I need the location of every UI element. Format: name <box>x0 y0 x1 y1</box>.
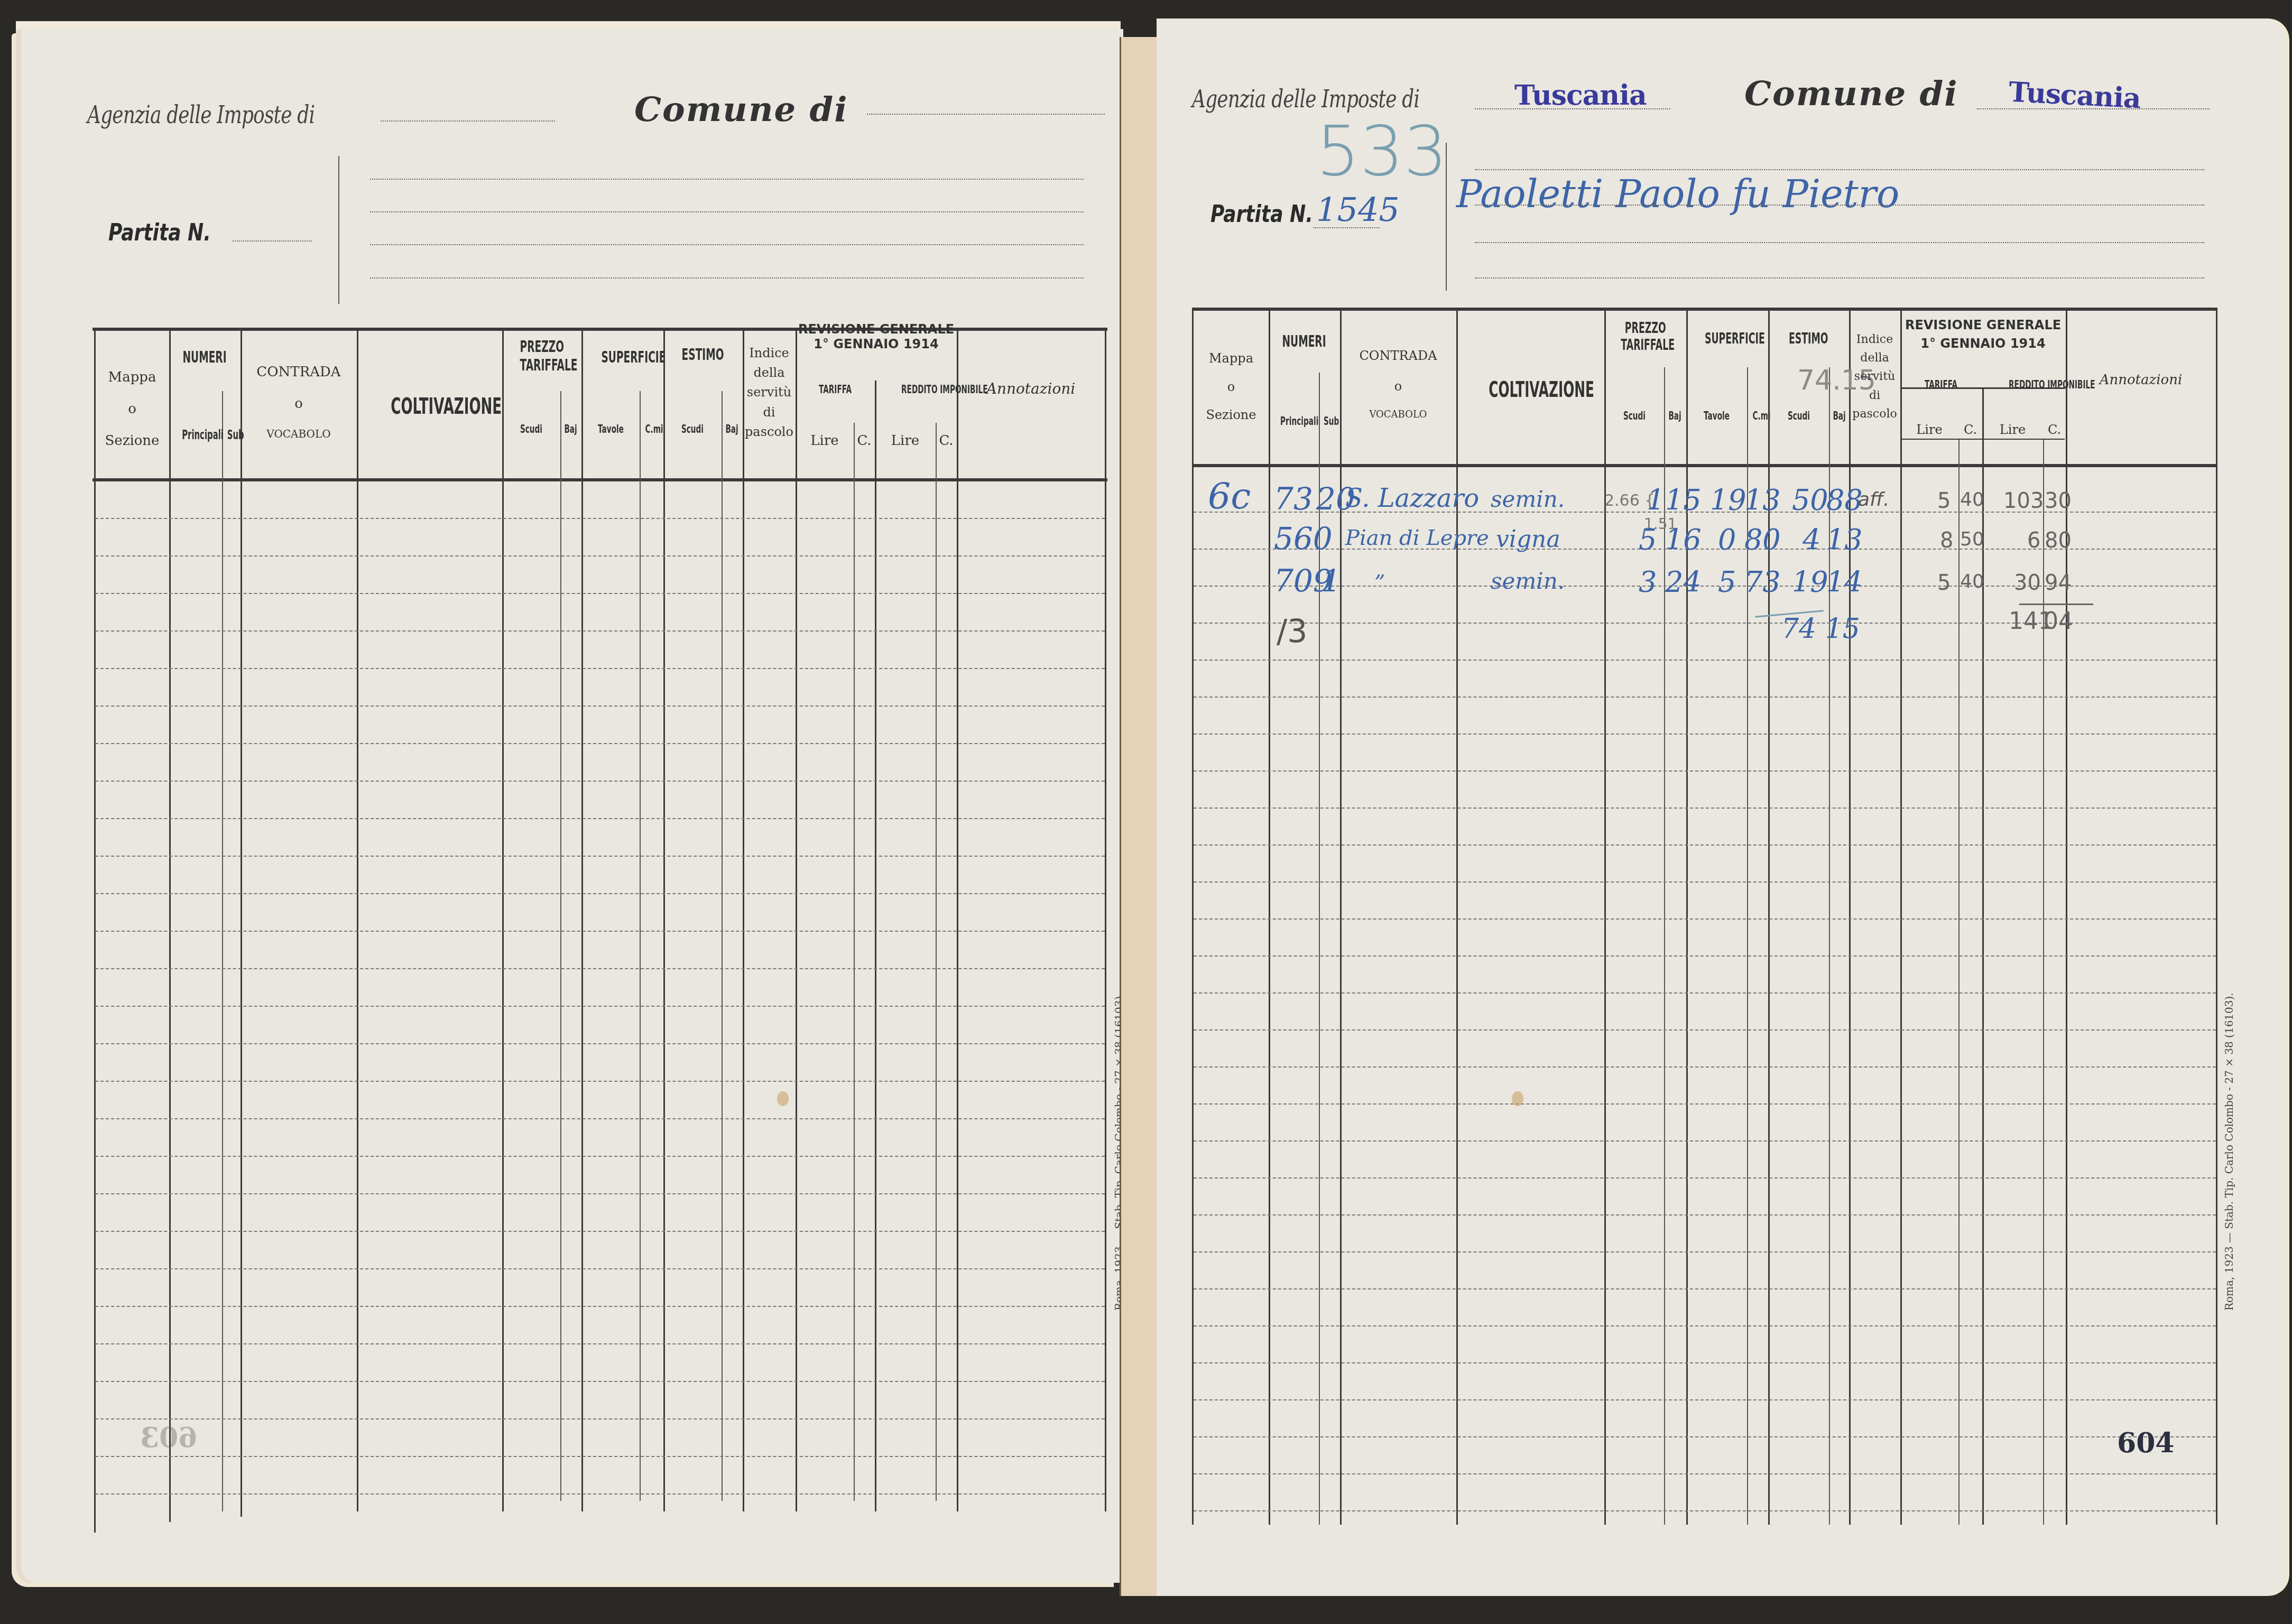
right-owner-line-2 <box>1475 205 2204 206</box>
right-hdr-contrada: CONTRADAoVOCABOLO <box>1340 349 1456 421</box>
row2-tariffa-c: 50 <box>1960 528 1984 550</box>
right-hdr-estimo-scudi: Scudi <box>1768 410 1829 423</box>
right-hdr-cmi: C.mi <box>1747 410 1768 423</box>
table-row-rule <box>95 593 1105 594</box>
right-printer-note: Roma, 1923 — Stab. Tip. Carlo Colombo - … <box>2223 992 2235 1311</box>
left-col-border <box>502 328 504 1511</box>
table-row-rule <box>95 743 1105 744</box>
right-agenzia-stamp: Tuscania <box>1514 79 1647 112</box>
table-row-rule <box>95 1306 1105 1307</box>
row2-reddito-lire: 6 <box>2027 528 2040 553</box>
left-col-border <box>875 381 876 1511</box>
left-hdr-tavole: Tavole <box>581 423 640 436</box>
table-row-rule <box>1194 734 2216 735</box>
left-hdr-estimo-baj: Baj <box>722 423 743 436</box>
right-page-number: 604 <box>2117 1427 2175 1459</box>
row3-sup-cmi: 73 <box>1744 565 1781 599</box>
table-row-rule <box>1194 1510 2216 1511</box>
row3-sub: 1 <box>1321 563 1341 599</box>
left-owner-line-3 <box>370 244 1084 245</box>
right-hdr-indice: Indicedellaservitùdipascolo <box>1849 330 1900 423</box>
right-hdr-coltivazione: COLTIVAZIONE <box>1456 378 1604 402</box>
table-row-rule <box>95 856 1105 857</box>
left-col-border <box>357 328 358 1511</box>
left-col-border <box>936 423 937 1501</box>
right-hdr-baj: Baj <box>1664 410 1686 423</box>
left-col-border <box>1105 328 1106 1511</box>
table-row-rule <box>1194 992 2216 994</box>
right-col-border <box>1900 309 1902 1525</box>
table-row-rule <box>95 1118 1105 1119</box>
left-hdr-numeri: NUMERI <box>169 349 241 367</box>
left-hdr-estimo: ESTIMO <box>663 346 743 365</box>
right-hdr-reddito-c: C. <box>2043 423 2066 438</box>
left-col-border <box>854 423 855 1501</box>
right-hdr-scudi: Scudi <box>1604 410 1664 423</box>
right-comune-field <box>1977 108 2210 109</box>
left-hdr-estimo-scudi: Scudi <box>663 423 722 436</box>
right-table-header-rule <box>1192 464 2217 467</box>
row2-estimo-baj: 13 <box>1826 523 1863 556</box>
row3-contrada: ” <box>1374 571 1385 595</box>
right-hdr-estimo-baj: Baj <box>1829 410 1849 423</box>
paper-stain <box>1512 1091 1523 1106</box>
row1-sup-tavole: 19 <box>1710 484 1746 517</box>
right-hdr-tariffa: TARIFFA <box>1900 378 1982 392</box>
row3-estimo-scudi: 19 <box>1792 565 1828 599</box>
table-row-rule <box>95 968 1105 969</box>
left-col-border <box>796 328 797 1511</box>
right-col-border <box>1269 309 1270 1525</box>
left-col-border <box>722 391 723 1501</box>
left-col-border <box>241 328 242 1517</box>
book-gutter <box>1120 37 1158 1596</box>
left-hdr-tariffa: TARIFFA <box>796 383 875 396</box>
table-row-rule <box>1194 1251 2216 1252</box>
right-hdr-reddito: REDDITO IMPONIBILE <box>1982 378 2066 392</box>
left-comune-label: Comune di <box>634 90 848 129</box>
left-hdr-contrada: CONTRADAoVOCABOLO <box>241 365 357 440</box>
table-row-rule <box>95 1268 1105 1269</box>
left-owner-line-4 <box>370 277 1084 279</box>
row3-reddito-c: 94 <box>2045 571 2072 595</box>
table-row-rule <box>1194 1140 2216 1142</box>
estimo-total: 74 15 <box>1781 613 1860 645</box>
left-col-border <box>640 391 641 1501</box>
row3-coltivazione: semin. <box>1491 568 1565 594</box>
row1-tariffa-lire: 5 <box>1937 489 1951 513</box>
table-row-rule <box>1194 1066 2216 1068</box>
left-hdr-mappa: MappaoSezione <box>95 370 169 449</box>
table-row-rule <box>95 931 1105 932</box>
row2-sup-tavole: 0 <box>1718 523 1736 556</box>
reddito-sum-line <box>2019 604 2093 605</box>
left-col-border <box>94 328 96 1533</box>
reddito-total-c: 04 <box>2044 608 2073 635</box>
row1-prezzo-baj: 15 <box>1665 484 1702 517</box>
table-row-rule <box>95 1418 1105 1419</box>
right-header-divider <box>1446 143 1447 291</box>
row1-reddito-lire: 103 <box>2003 489 2044 513</box>
right-hdr-numeri: NUMERI <box>1269 333 1340 351</box>
row1-reddito-c: 30 <box>2045 489 2072 513</box>
table-row-rule <box>1194 697 2216 698</box>
left-col-border <box>560 391 561 1501</box>
left-col-border <box>743 328 744 1511</box>
left-hdr-cmi: C.mi <box>640 423 663 436</box>
right-hdr-tariffa-lire: Lire <box>1900 423 1958 438</box>
left-owner-line-2 <box>370 211 1084 212</box>
left-partita-label: Partita N. <box>108 219 211 246</box>
row1-principali: 73 <box>1274 481 1313 517</box>
row1-estimo-scudi: 50 <box>1792 484 1828 517</box>
table-row-rule <box>95 555 1105 556</box>
right-agenzia-label: Agenzia delle Imposte di <box>1192 85 1419 113</box>
left-hdr-tariffa-lire: Lire <box>796 433 854 449</box>
right-hdr-sub: Sub <box>1319 415 1340 428</box>
right-owner-line-1 <box>1475 169 2204 170</box>
right-hdr-revisione: REVISIONE GENERALE1° GENNAIO 1914 <box>1900 316 2066 353</box>
table-row-rule <box>95 1381 1105 1382</box>
table-row-rule <box>95 1231 1105 1232</box>
table-row-rule <box>1194 955 2216 957</box>
right-hdr-reddito-lire: Lire <box>1982 423 2043 438</box>
table-row-rule <box>95 518 1105 519</box>
left-hdr-annotazioni: Annotazioni <box>957 381 1105 397</box>
table-row-rule <box>1194 918 2216 920</box>
right-col-border <box>2216 309 2217 1525</box>
table-row-rule <box>95 818 1105 819</box>
row1-coltivazione: semin. <box>1491 486 1565 512</box>
table-row-rule <box>1194 1177 2216 1178</box>
right-hdr-annotazioni: Annotazioni <box>2066 373 2216 388</box>
right-partita-field <box>1314 227 1380 228</box>
row1-tariffa-c: 40 <box>1960 489 1984 511</box>
right-col-border <box>2043 439 2044 1525</box>
left-hdr-prezzo: PREZZOTARIFFALE <box>502 338 581 375</box>
table-row-rule <box>1194 771 2216 772</box>
row3-tariffa-c: 40 <box>1960 571 1984 592</box>
row3-prezzo-baj: 24 <box>1665 565 1702 599</box>
table-row-rule <box>95 1156 1105 1157</box>
left-col-border <box>957 328 958 1511</box>
left-partita-field <box>233 240 312 242</box>
right-col-border <box>1192 309 1194 1525</box>
table-row-rule <box>1194 1214 2216 1215</box>
left-owner-line-1 <box>370 179 1084 180</box>
right-table-top-rule <box>1192 308 2217 311</box>
row3-reddito-lire: 30 <box>2014 571 2041 595</box>
table-row-rule <box>1194 1362 2216 1363</box>
right-comune-label: Comune di <box>1744 74 1958 114</box>
table-row-rule <box>1194 845 2216 846</box>
table-row-rule <box>1194 1325 2216 1326</box>
right-partita-value: 1545 <box>1316 190 1400 229</box>
row2-tariffa-lire: 8 <box>1940 528 1953 553</box>
row2-prezzo-baj: 16 <box>1665 523 1702 556</box>
row3-sup-tavole: 5 <box>1718 565 1736 599</box>
row1-mappa: 6c <box>1208 476 1251 517</box>
table-row-rule <box>95 1081 1105 1082</box>
left-hdr-reddito-c: C. <box>936 433 957 449</box>
left-hdr-coltivazione: COLTIVAZIONE <box>357 394 502 419</box>
right-hdr-estimo: ESTIMO <box>1768 330 1849 347</box>
row3-prezzo-scudi: 3 <box>1639 565 1657 599</box>
left-header-divider <box>338 156 339 304</box>
right-hdr-principali: Principali <box>1269 415 1319 428</box>
row2-contrada: Pian di Lepre <box>1345 526 1489 550</box>
left-page-number-ghost: 603 <box>140 1422 198 1454</box>
left-hdr-reddito-lire: Lire <box>875 433 936 449</box>
row3-estimo-baj: 14 <box>1826 565 1863 599</box>
left-hdr-sub: Sub <box>222 428 241 443</box>
table-row-rule <box>1194 808 2216 809</box>
row2-principali: 560 <box>1274 521 1333 556</box>
parcel-count-mark: /3 <box>1277 613 1307 650</box>
left-table-header-rule <box>93 478 1107 481</box>
table-row-rule <box>95 1193 1105 1194</box>
right-hdr-prezzo: PREZZOTARIFFALE <box>1604 320 1686 354</box>
right-partita-label: Partita N. <box>1210 201 1313 228</box>
table-row-rule <box>95 630 1105 632</box>
row1-indice: aff. <box>1858 489 1889 511</box>
left-hdr-revisione: REVISIONE GENERALE1° GENNAIO 1914 <box>796 322 957 351</box>
table-row-rule <box>95 1493 1105 1495</box>
table-row-rule <box>1194 1436 2216 1437</box>
folio-number-pencil: 533 <box>1316 111 1447 191</box>
row1-contrada: S. Lazzaro <box>1345 484 1479 513</box>
right-hdr-tariffa-c: C. <box>1958 423 1982 438</box>
left-agenzia-field <box>381 120 555 122</box>
right-lire-rule <box>1902 439 2065 440</box>
table-row-rule <box>1194 1473 2216 1474</box>
row2-estimo-scudi: 4 <box>1803 523 1820 556</box>
left-hdr-tariffa-c: C. <box>854 433 875 449</box>
table-row-rule <box>95 1043 1105 1044</box>
row1-prezzo-scudi: 1 <box>1647 484 1665 517</box>
left-hdr-indice: Indicedellaservitùdipascolo <box>743 344 796 442</box>
table-row-rule <box>1194 1103 2216 1105</box>
left-col-border <box>169 328 171 1522</box>
right-agenzia-field <box>1475 108 1670 109</box>
owner-name: Paoletti Paolo fu Pietro <box>1456 172 1899 216</box>
right-owner-line-4 <box>1475 277 2204 279</box>
row1-estimo-baj: 88 <box>1826 484 1863 517</box>
right-hdr-superficie: SUPERFICIE <box>1686 330 1768 347</box>
right-hdr-mappa: MappaoSezione <box>1194 351 1269 423</box>
left-hdr-principali: Principali <box>169 428 222 443</box>
table-row-rule <box>1194 1029 2216 1031</box>
left-agenzia-label: Agenzia delle Imposte di <box>87 100 315 129</box>
left-hdr-superficie: SUPERFICIE <box>581 349 663 367</box>
right-col-border <box>1982 388 1984 1525</box>
row3-tariffa-lire: 5 <box>1937 571 1951 595</box>
left-hdr-reddito: REDDITO IMPONIBILE <box>875 383 957 396</box>
left-col-border <box>581 328 583 1511</box>
table-row-rule <box>95 1006 1105 1007</box>
row2-sup-cmi: 80 <box>1744 523 1781 556</box>
left-hdr-scudi: Scudi <box>502 423 560 436</box>
right-hdr-tavole: Tavole <box>1686 410 1747 423</box>
row2-reddito-c: 80 <box>2045 528 2072 553</box>
table-row-rule <box>95 781 1105 782</box>
table-row-rule <box>95 1456 1105 1457</box>
row2-prezzo-scudi: 5 <box>1639 523 1657 556</box>
left-col-border <box>663 328 665 1511</box>
table-row-rule <box>95 893 1105 894</box>
table-row-rule <box>95 668 1105 669</box>
table-row-rule <box>1194 1399 2216 1400</box>
table-row-rule <box>1194 881 2216 883</box>
row1-sup-cmi: 13 <box>1744 484 1781 517</box>
table-row-rule <box>1194 660 2216 661</box>
left-comune-field <box>867 114 1105 115</box>
table-row-rule <box>95 1343 1105 1344</box>
left-hdr-baj: Baj <box>560 423 581 436</box>
paper-stain <box>777 1091 789 1106</box>
row2-coltivazione: vigna <box>1496 526 1560 553</box>
table-row-rule <box>1194 1288 2216 1289</box>
right-col-border <box>1958 439 1960 1525</box>
right-owner-line-3 <box>1475 242 2204 243</box>
table-row-rule <box>95 706 1105 707</box>
